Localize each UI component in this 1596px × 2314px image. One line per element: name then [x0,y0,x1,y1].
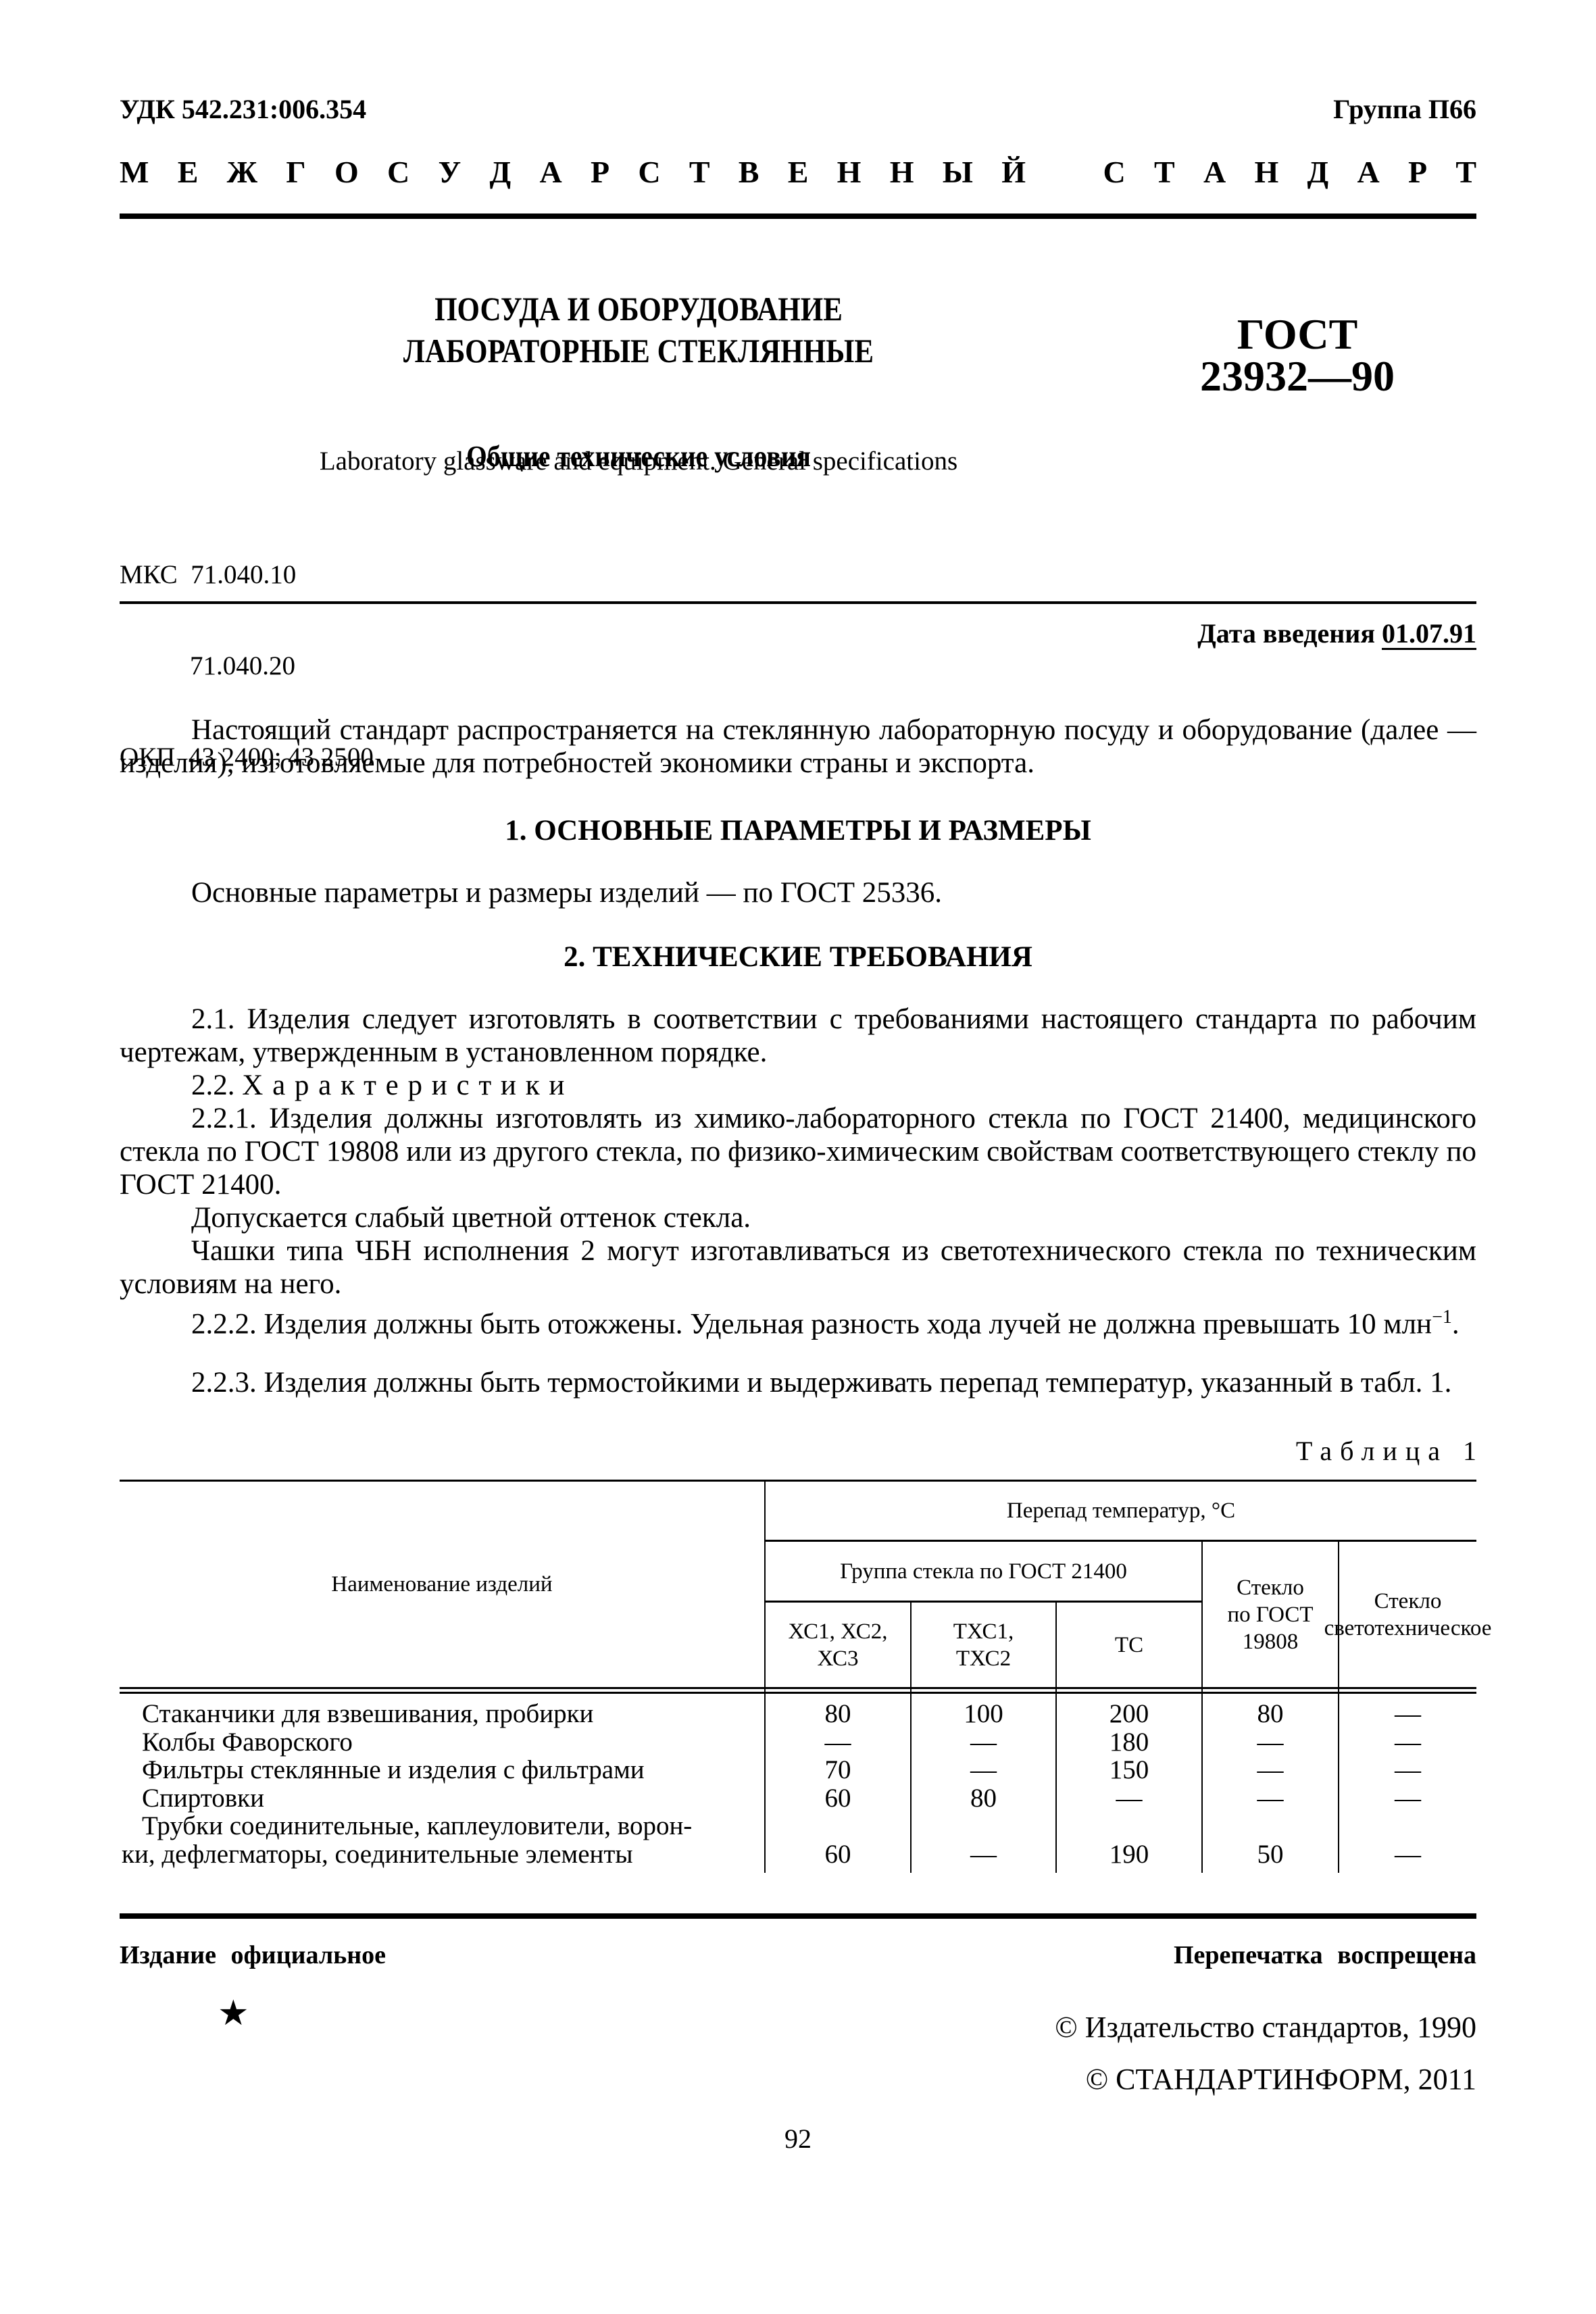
heading-letter: А [1357,154,1379,190]
header-xc: ХС1, ХС2, ХС3 [766,1603,910,1687]
heading-letter: Д [490,154,512,190]
cell-light: — [1339,1756,1476,1784]
cell-xc: 60 [766,1784,910,1813]
cell-xc: 80 [766,1700,910,1728]
header-light-glass: Стекло светотехническое [1339,1542,1476,1687]
characteristics-heading: Характеристики [242,1070,574,1101]
title-line-2: ЛАБОРАТОРНЫЕ СТЕКЛЯННЫЕ [392,330,886,372]
heading-letter: Ы [943,154,973,190]
heading-letter: О [334,154,359,190]
page-number: 92 [0,2123,1596,2155]
section-1-title: 1. ОСНОВНЫЕ ПАРАМЕТРЫ И РАЗМЕРЫ [120,814,1476,847]
star-icon: ★ [218,1993,249,2034]
cell-tc: 190 [1057,1840,1201,1869]
paragraph-2-1: 2.1. Изделия следует изготовлять в соотв… [120,1003,1476,1069]
cell-xc: 60 [766,1840,910,1869]
paragraph-2-2-3: 2.2.3. Изделия должны быть термостойкими… [120,1366,1476,1399]
gost-number: 23932—90 [1108,355,1487,397]
copyright-block: © Издательство стандартов, 1990 © СТАНДА… [1055,2001,1476,2105]
mks-code-1: 71.040.10 [191,560,296,589]
paragraph-cups: Чашки типа ЧБН исполнения 2 могут изгота… [120,1234,1476,1301]
footer-rule [120,1913,1476,1919]
row-name: Стаканчики для взвешивания, пробирки [142,1700,777,1728]
mks-label: МКС [120,560,178,589]
heading-letter: Н [1254,154,1278,190]
gost-designation: ГОСТ 23932—90 [1108,313,1487,397]
heading-letter: У [438,154,461,190]
effective-date-value: 01.07.91 [1382,618,1476,649]
table-double-rule-1 [120,1687,1476,1689]
cell-txc: 80 [912,1784,1055,1813]
cell-g19808: 80 [1203,1700,1338,1728]
heading-letter: Т [1154,154,1175,190]
paragraph-2-2: 2.2. Характеристики [120,1069,1476,1102]
interstate-standard-heading: МЕЖГОСУДАРСТВЕННЫЙ СТАНДАРТ [120,154,1476,190]
effective-date: Дата введения 01.07.91 [1197,618,1476,649]
intro-paragraph: Настоящий стандарт распространяется на с… [120,713,1476,780]
heading-letter: Т [1455,154,1476,190]
heading-letter: Н [837,154,862,190]
copyright-2011: © СТАНДАРТИНФОРМ, 2011 [1055,2053,1476,2105]
header-tc: ТС [1057,1603,1201,1687]
header-rule [120,213,1476,219]
title-line-1: ПОСУДА И ОБОРУДОВАНИЕ [392,288,886,330]
row-name-continued: ки, дефлегматоры, соединительные элемент… [122,1840,757,1869]
header-name: Наименование изделий [120,1482,764,1687]
paragraph-2-2-2: 2.2.2. Изделия должны быть отожжены. Уде… [120,1301,1476,1340]
cell-tc: 150 [1057,1756,1201,1784]
cell-g19808: 50 [1203,1840,1338,1869]
cell-light: — [1339,1784,1476,1813]
title-rule [120,601,1476,604]
cell-g19808: — [1203,1784,1338,1813]
heading-letter: Ж [227,154,257,190]
cell-light: — [1339,1728,1476,1757]
cell-g19808: — [1203,1756,1338,1784]
heading-letter [1054,154,1074,190]
heading-letter: А [539,154,562,190]
effective-date-label: Дата введения [1197,618,1375,649]
table-label: Таблица 1 [1296,1435,1485,1467]
heading-letter: Н [890,154,914,190]
heading-letter: С [1103,154,1126,190]
cell-tc: 180 [1057,1728,1201,1757]
cell-light: — [1339,1700,1476,1728]
heading-letter: С [387,154,409,190]
row-name: Трубки соединительные, каплеуловители, в… [142,1812,777,1840]
section-2-title: 2. ТЕХНИЧЕСКИЕ ТРЕБОВАНИЯ [120,940,1476,974]
heading-letter: А [1203,154,1226,190]
header-txc: ТХС1, ТХС2 [912,1603,1055,1687]
heading-letter: Д [1307,154,1329,190]
cell-txc: — [912,1840,1055,1869]
row-name: Фильтры стеклянные и изделия с фильтрами [142,1756,777,1784]
cell-xc: — [766,1728,910,1757]
heading-letter: М [120,154,149,190]
reprint-prohibited: Перепечатка воспрещена [1174,1940,1476,1970]
cell-txc: — [912,1756,1055,1784]
cell-tc: — [1057,1784,1201,1813]
cell-tc: 200 [1057,1700,1201,1728]
heading-letter: Г [286,154,305,190]
row-name: Спиртовки [142,1784,777,1813]
heading-letter: Е [788,154,809,190]
gost-label: ГОСТ [1108,313,1487,355]
udk-code: УДК 542.231:006.354 [120,93,366,125]
cell-txc: 100 [912,1700,1055,1728]
mks-code-2: 71.040.20 [190,651,295,680]
heading-letter: Р [1408,154,1427,190]
cell-light: — [1339,1840,1476,1869]
heading-letter: В [739,154,759,190]
row-name: Колбы Фаворского [142,1728,777,1757]
heading-letter: Р [591,154,609,190]
group-code: Группа П66 [1333,93,1476,125]
paragraph-tint: Допускается слабый цветной оттенок стекл… [120,1201,1476,1234]
document-title: ПОСУДА И ОБОРУДОВАНИЕ ЛАБОРАТОРНЫЕ СТЕКЛ… [392,288,886,372]
heading-letter: С [638,154,660,190]
heading-letter: Е [178,154,199,190]
official-edition: Издание официальное [120,1940,386,1970]
table-double-rule-2 [120,1692,1476,1694]
cell-g19808: — [1203,1728,1338,1757]
heading-letter: Т [689,154,710,190]
copyright-1990: © Издательство стандартов, 1990 [1055,2001,1476,2053]
heading-letter: Й [1001,154,1026,190]
header-temperature-diff: Перепад температур, °С [766,1482,1476,1540]
english-title: Laboratory glassware and equipment. Gene… [297,446,980,476]
cell-xc: 70 [766,1756,910,1784]
section-1-text: Основные параметры и размеры изделий — п… [120,876,1476,909]
cell-txc: — [912,1728,1055,1757]
header-gost-19808: Стекло по ГОСТ 19808 [1203,1542,1338,1687]
paragraph-2-2-1: 2.2.1. Изделия должны изготовлять из хим… [120,1102,1476,1201]
header-glass-group: Группа стекла по ГОСТ 21400 [766,1542,1201,1601]
